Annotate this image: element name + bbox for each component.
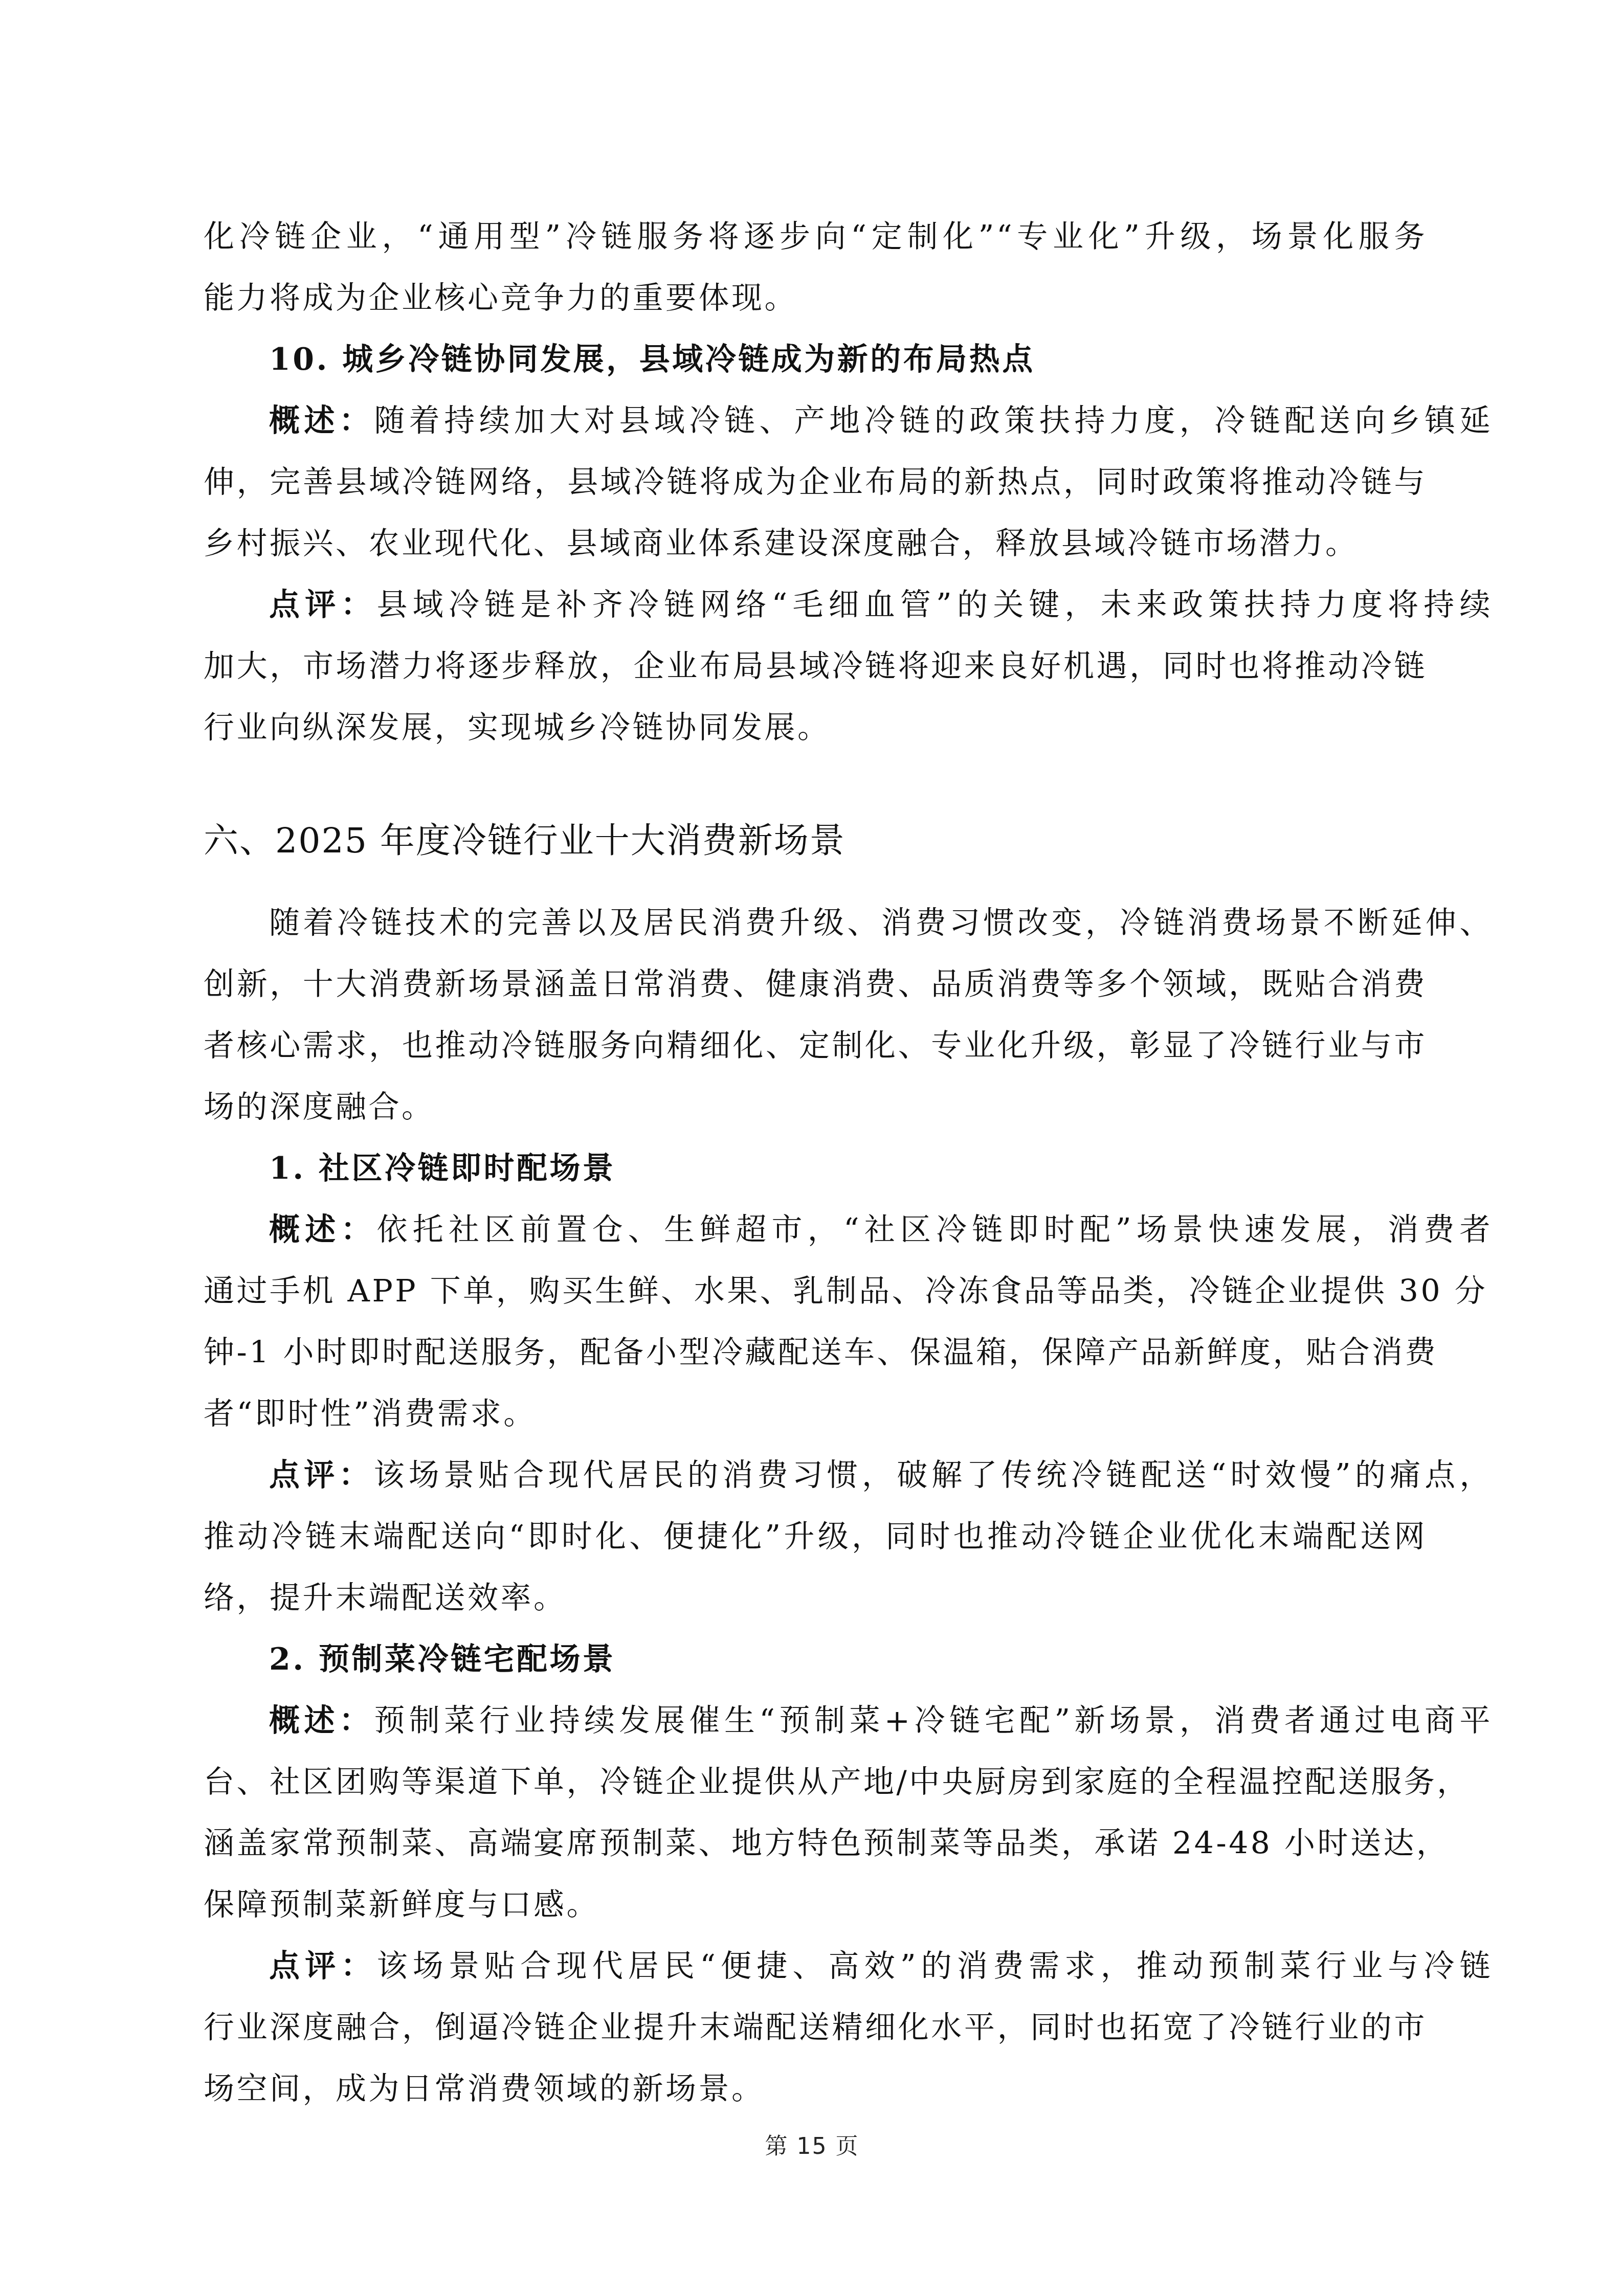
paragraph-line: 钟-1 小时即时配送服务，配备小型冷藏配送车、保温箱，保障产品新鲜度，贴合消费 xyxy=(204,1332,1427,1373)
paragraph-line: 推动冷链末端配送向“即时化、便捷化”升级，同时也推动冷链企业优化末端配送网 xyxy=(204,1516,1427,1557)
page-number: 第 15 页 xyxy=(0,2131,1624,2162)
paragraph-line: 行业深度融合，倒逼冷链企业提升末端配送精细化水平，同时也拓宽了冷链行业的市 xyxy=(204,2007,1427,2048)
scene-1-heading: 1. 社区冷链即时配场景 xyxy=(204,1148,1493,1189)
paragraph-line: 化冷链企业，“通用型”冷链服务将逐步向“定制化”“专业化”升级，场景化服务 xyxy=(204,216,1427,257)
paragraph-line: 创新，十大消费新场景涵盖日常消费、健康消费、品质消费等多个领域，既贴合消费 xyxy=(204,964,1427,1005)
paragraph-line: 涵盖家常预制菜、高端宴席预制菜、地方特色预制菜等品类，承诺 24-48 小时送达… xyxy=(204,1823,1427,1864)
paragraph-line: 行业向纵深发展，实现城乡冷链协同发展。 xyxy=(204,707,1427,748)
paragraph-line: 乡村振兴、农业现代化、县域商业体系建设深度融合，释放县域冷链市场潜力。 xyxy=(204,523,1427,564)
comment-label: 点评： xyxy=(269,1457,374,1493)
paragraph-line: 络，提升末端配送效率。 xyxy=(204,1578,1427,1618)
paragraph-line: 场的深度融合。 xyxy=(204,1087,1427,1128)
paragraph-line: 能力将成为企业核心竞争力的重要体现。 xyxy=(204,278,1427,319)
trend-10-overview-line: 概述：随着持续加大对县域冷链、产地冷链的政策扶持力度，冷链配送向乡镇延 xyxy=(204,400,1493,441)
section-title: 六、2025 年度冷链行业十大消费新场景 xyxy=(204,818,846,864)
paragraph-line: 加大，市场潜力将逐步释放，企业布局县域冷链将迎来良好机遇，同时也将推动冷链 xyxy=(204,646,1427,687)
trend-10-comment-line: 点评：县域冷链是补齐冷链网络“毛细血管”的关键，未来政策扶持力度将持续 xyxy=(204,584,1493,625)
scene-2-heading: 2. 预制菜冷链宅配场景 xyxy=(204,1639,1493,1680)
comment-label: 点评： xyxy=(269,1948,377,1984)
scene-1-comment-line: 点评：该场景贴合现代居民的消费习惯，破解了传统冷链配送“时效慢”的痛点， xyxy=(204,1455,1493,1496)
overview-label: 概述： xyxy=(269,403,374,439)
paragraph-line: 保障预制菜新鲜度与口感。 xyxy=(204,1884,1427,1925)
overview-label: 概述： xyxy=(269,1212,377,1248)
paragraph-line: 者“即时性”消费需求。 xyxy=(204,1393,1427,1434)
paragraph-line: 随着冷链技术的完善以及居民消费升级、消费习惯改变，冷链消费场景不断延伸、 xyxy=(204,903,1493,943)
paragraph-line: 伸，完善县域冷链网络，县域冷链将成为企业布局的新热点，同时政策将推动冷链与 xyxy=(204,462,1427,503)
scene-2-overview-line: 概述：预制菜行业持续发展催生“预制菜+冷链宅配”新场景，消费者通过电商平 xyxy=(204,1700,1493,1741)
overview-text: 预制菜行业持续发展催生“预制菜+冷链宅配”新场景，消费者通过电商平 xyxy=(374,1703,1493,1739)
paragraph-line: 台、社区团购等渠道下单，冷链企业提供从产地/中央厨房到家庭的全程温控配送服务， xyxy=(204,1762,1427,1803)
scene-2-comment-line: 点评：该场景贴合现代居民“便捷、高效”的消费需求，推动预制菜行业与冷链 xyxy=(204,1946,1493,1987)
comment-text: 该场景贴合现代居民“便捷、高效”的消费需求，推动预制菜行业与冷链 xyxy=(377,1948,1493,1984)
comment-text: 该场景贴合现代居民的消费习惯，破解了传统冷链配送“时效慢”的痛点， xyxy=(374,1457,1493,1493)
paragraph-line: 通过手机 APP 下单，购买生鲜、水果、乳制品、冷冻食品等品类，冷链企业提供 3… xyxy=(204,1271,1427,1312)
overview-label: 概述： xyxy=(269,1703,374,1739)
trend-10-heading: 10. 城乡冷链协同发展，县域冷链成为新的布局热点 xyxy=(204,339,1493,380)
overview-text: 依托社区前置仓、生鲜超市，“社区冷链即时配”场景快速发展，消费者 xyxy=(377,1212,1493,1248)
comment-label: 点评： xyxy=(269,587,377,623)
overview-text: 随着持续加大对县域冷链、产地冷链的政策扶持力度，冷链配送向乡镇延 xyxy=(374,403,1493,439)
comment-text: 县域冷链是补齐冷链网络“毛细血管”的关键，未来政策扶持力度将持续 xyxy=(377,587,1493,623)
paragraph-line: 者核心需求，也推动冷链服务向精细化、定制化、专业化升级，彰显了冷链行业与市 xyxy=(204,1025,1427,1066)
paragraph-line: 场空间，成为日常消费领域的新场景。 xyxy=(204,2068,1427,2109)
scene-1-overview-line: 概述：依托社区前置仓、生鲜超市，“社区冷链即时配”场景快速发展，消费者 xyxy=(204,1209,1493,1250)
